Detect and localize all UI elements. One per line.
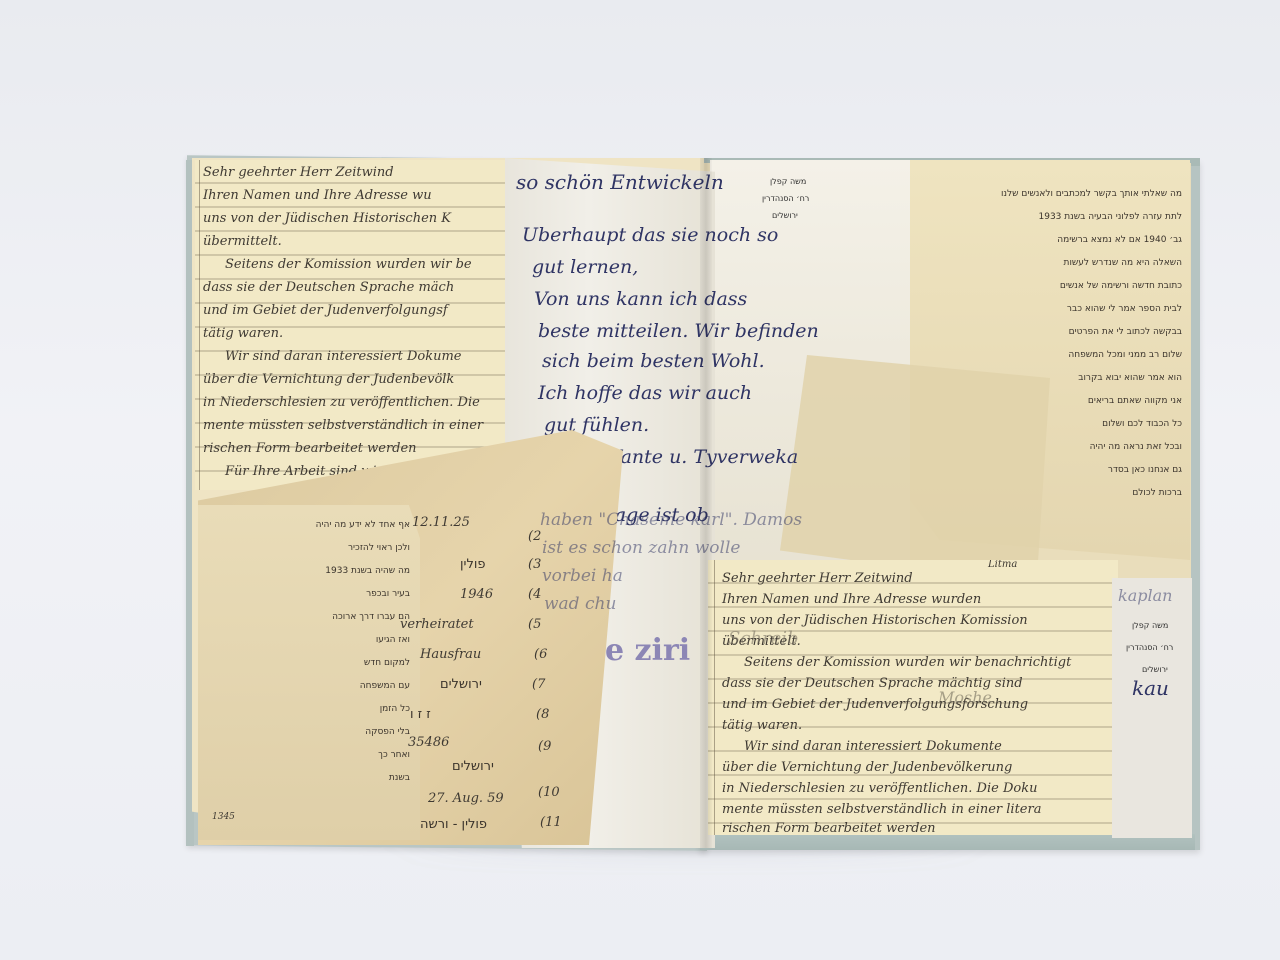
letter-line: haben "Chaseme karl". Damos (540, 512, 802, 529)
form-value: ירושלים (452, 760, 494, 773)
overlay-text: Moshe (938, 690, 992, 706)
hebrew-line: הם עברו דרך ארוכה (332, 613, 410, 622)
hebrew-line: הוא אמר שהוא יבוא בקרוב (1078, 374, 1182, 383)
letter-line: Wir sind daran interessiert Dokume (225, 350, 461, 363)
letter-line: in Niederschlesien zu veröffentlichen. D… (722, 782, 1037, 795)
printed-line: משה קפלן (1132, 622, 1168, 630)
stamp-text: e ziri (605, 636, 690, 666)
form-number: (6 (534, 648, 547, 661)
form-value: 27. Aug. 59 (428, 792, 504, 805)
form-value: Hausfrau (420, 648, 481, 661)
letter-line: uns von der Jüdischen Historischen K (203, 212, 451, 225)
letter-line: Ihren Namen und Ihre Adresse wu (203, 189, 432, 202)
hebrew-line: ברכות לכולם (1132, 489, 1182, 498)
letter-line: Seitens der Komission wurden wir benachr… (744, 656, 1071, 669)
letter-line: uns von der Jüdischen Historischen Komis… (722, 614, 1028, 627)
hebrew-line: בבקשה לכתוב לי את הפרטים (1069, 328, 1182, 337)
form-number: (11 (540, 816, 562, 829)
letter-line: dass sie der Deutschen Sprache mäch (203, 281, 454, 294)
book-gutter (700, 158, 712, 848)
letter-line: mente müssten selbstverständlich in eine… (203, 419, 483, 432)
hebrew-line: מה שהיה בשנת 1933 (325, 567, 410, 576)
hebrew-line: כתובת חדשה ורשימה של אנשים (1060, 282, 1182, 291)
letter-line: tätig waren. (722, 719, 802, 732)
form-value: 1946 (460, 588, 493, 601)
annotation: Litma (988, 560, 1017, 570)
letter-line: mente müssten selbstverständlich in eine… (722, 803, 1041, 816)
letter-line: rischen Form bearbeitet werden (722, 822, 936, 835)
form-number: (9 (538, 740, 551, 753)
hebrew-line: גם אנחנו כאן בסדר (1108, 466, 1182, 475)
german-letter-top-left: Sehr geehrter Herr Zeitwind Ihren Namen … (195, 160, 525, 490)
hebrew-line: אף אחד לא ידע מה יהיה (316, 521, 410, 530)
form-footer: 1345 (212, 813, 235, 822)
letter-line: Sehr geehrter Herr Zeitwind (203, 166, 394, 179)
form-value: 35486 (408, 736, 449, 749)
hebrew-line: השאלה היא מה שנדרש לעשות (1064, 259, 1182, 268)
german-letter-bottom-right: Litma Sehr geehrter Herr Zeitwind Ihren … (708, 560, 1118, 835)
form-value: ז ז ו (410, 708, 431, 721)
overlay-text: Schreib (728, 630, 799, 648)
letter-line: tätig waren. (203, 327, 283, 340)
letter-line: so schön Entwickeln (516, 172, 724, 192)
printed-line: רח׳ הסנהדרין (1126, 644, 1173, 652)
letter-line: gut fühlen. (544, 416, 649, 435)
handwritten-name: kau (1132, 678, 1169, 698)
letter-line: übermittelt. (203, 235, 282, 248)
letter-line: Uberhaupt das sie noch so (522, 226, 778, 245)
letter-line: Seitens der Komission wurden wir be (225, 258, 472, 271)
form-value: פולין - ורשה (420, 818, 487, 831)
letter-line: Ihren Namen und Ihre Adresse wurden (722, 593, 981, 606)
form-number: (8 (536, 708, 549, 721)
handwritten-name: kaplan (1118, 588, 1172, 604)
letter-line: rischen Form bearbeitet werden (203, 442, 417, 455)
form-value: verheiratet (400, 618, 474, 631)
hebrew-line: לתת עזרה לפלוני הבעיה בשנת 1933 (1039, 213, 1183, 222)
hebrew-line: אני מקווה שאתם בריאים (1088, 397, 1182, 406)
hebrew-lined-fragment: אף אחד לא ידע מה יהיה ולכן ראוי להזכיר מ… (198, 505, 420, 840)
letter-line: über die Vernichtung der Judenbevölk (203, 373, 454, 386)
hebrew-line: כל הכבוד לכם ושלום (1102, 420, 1182, 429)
hebrew-line: לבית הספר אמר לי שהוא כבר (1067, 305, 1182, 314)
letter-line: wad chu (544, 596, 616, 613)
letter-line: vorbei ha (542, 568, 623, 585)
letter-line: Wir sind daran interessiert Dokumente (744, 740, 1002, 753)
letter-line: sich beim besten Wohl. (542, 352, 765, 371)
form-value: ירושלים (440, 678, 482, 691)
letter-line: beste mitteilen. Wir befinden (538, 322, 819, 341)
form-value: פולין (460, 558, 486, 571)
hebrew-line: מה שאלתי אותך בקשר למכתבים ולאנשים שלנו (1001, 190, 1182, 199)
letter-line: über die Vernichtung der Judenbevölkerun… (722, 761, 1012, 774)
hebrew-line: גב׳ 1940 אם לא נמצא ברשימה (1057, 236, 1182, 245)
letter-line: Ich hoffe das wir auch (538, 384, 752, 403)
letter-line: in Niederschlesien zu veröffentlichen. D… (203, 396, 480, 409)
printed-note-right: kaplan משה קפלן רח׳ הסנהדרין ירושלים kau (1112, 578, 1192, 838)
hebrew-line: שלום רב ממני ומכל המשפחה (1068, 351, 1182, 360)
letter-line: und im Gebiet der Judenverfolgungsf (203, 304, 448, 317)
form-number: (10 (538, 786, 560, 799)
letter-line: gut lernen, (532, 258, 638, 277)
letter-line: Sehr geehrter Herr Zeitwind (722, 572, 913, 585)
printed-line: ירושלים (1142, 666, 1168, 674)
hebrew-line: ובכל זאת נראה מה יהיה (1090, 443, 1182, 452)
form-number: (7 (532, 678, 545, 691)
letter-line: Von uns kann ich dass (534, 290, 747, 309)
form-value: 12.11.25 (412, 516, 470, 529)
